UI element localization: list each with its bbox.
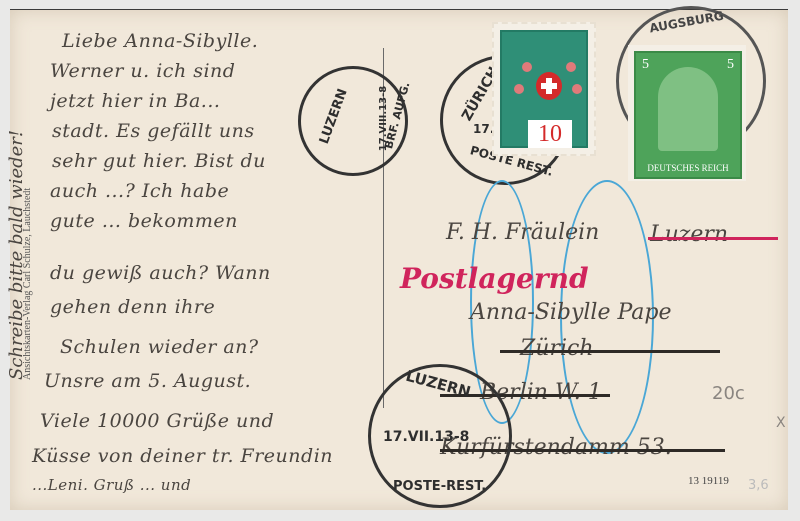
postmark-luzern-poste-rest: LUZERN 17.VII.13-8 POSTE-REST. xyxy=(368,364,512,508)
address-line-2: Anna-Sibylle Pape xyxy=(470,300,672,325)
postmark-luzern-brf: LUZERN 17.VIII.13-8 BRF. AUFG. xyxy=(298,66,408,176)
address-line-1: F. H. Fräulein xyxy=(446,220,599,245)
message-line: sehr gut hier. Bist du xyxy=(52,150,266,172)
pencil-note: 20c xyxy=(712,383,745,404)
message-line: Schulen wieder an? xyxy=(60,336,259,358)
message-line: gute ... bekommen xyxy=(50,210,238,232)
message-line: Werner u. ich sind xyxy=(50,60,235,82)
message-line: auch ...? Ich habe xyxy=(50,180,229,202)
message-line: stadt. Es gefällt uns xyxy=(52,120,255,142)
stamp-swiss-postage-due: 10 xyxy=(492,22,596,156)
forwarding-note: Postlagernd xyxy=(400,262,589,295)
corner-pencil: 3,6 xyxy=(748,478,769,493)
address-struck-luzern: Luzern xyxy=(650,222,728,247)
pencil-mark: X xyxy=(776,415,786,431)
message-line: du gewiß auch? Wann xyxy=(50,262,271,284)
publisher-imprint: Ansichtskarten-Verlag Carl Schulze, Lauc… xyxy=(22,188,33,380)
message-line: jetzt hier in Ba... xyxy=(50,90,220,112)
message-line: gehen denn ihre xyxy=(50,296,215,318)
swiss-cross-icon xyxy=(536,72,562,100)
message-line: Küsse von deiner tr. Freundin xyxy=(32,445,333,467)
address-struck-zurich: Zürich xyxy=(520,336,594,361)
message-line: ...Leni. Gruß ... und xyxy=(32,476,191,494)
strike-line xyxy=(500,350,720,353)
message-line: Unsre am 5. August. xyxy=(44,370,251,392)
message-line: Liebe Anna-Sibylle. xyxy=(62,30,258,52)
stamp-germania: 5 5 DEUTSCHES REICH xyxy=(628,45,746,181)
card-number: 13 19119 xyxy=(688,475,729,487)
red-strike xyxy=(648,237,778,240)
stamp-value: 10 xyxy=(528,120,572,148)
message-line: Viele 10000 Grüße und xyxy=(40,410,274,432)
germania-figure-icon xyxy=(658,67,718,151)
